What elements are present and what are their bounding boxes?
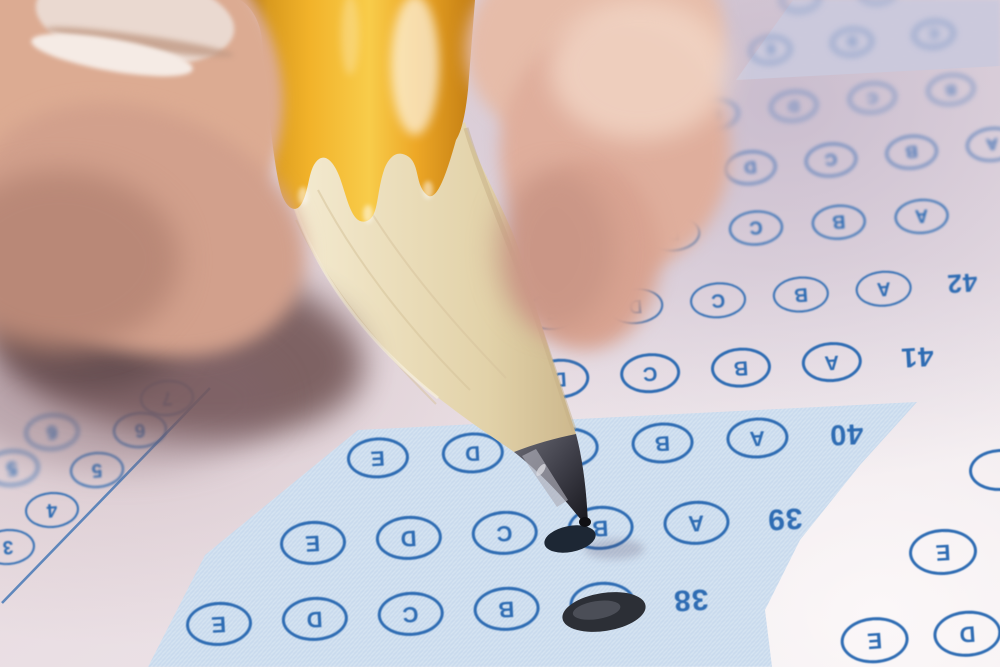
pencil-glare xyxy=(391,0,439,135)
index-finger-highlight xyxy=(550,0,730,140)
photo-scene: 38ABCDE39ABCDE40ABCDE41ABCDE42ABCDEABCDE… xyxy=(0,0,1000,667)
pencil-graphite-tip xyxy=(514,434,591,527)
index-finger-shade xyxy=(495,170,615,330)
